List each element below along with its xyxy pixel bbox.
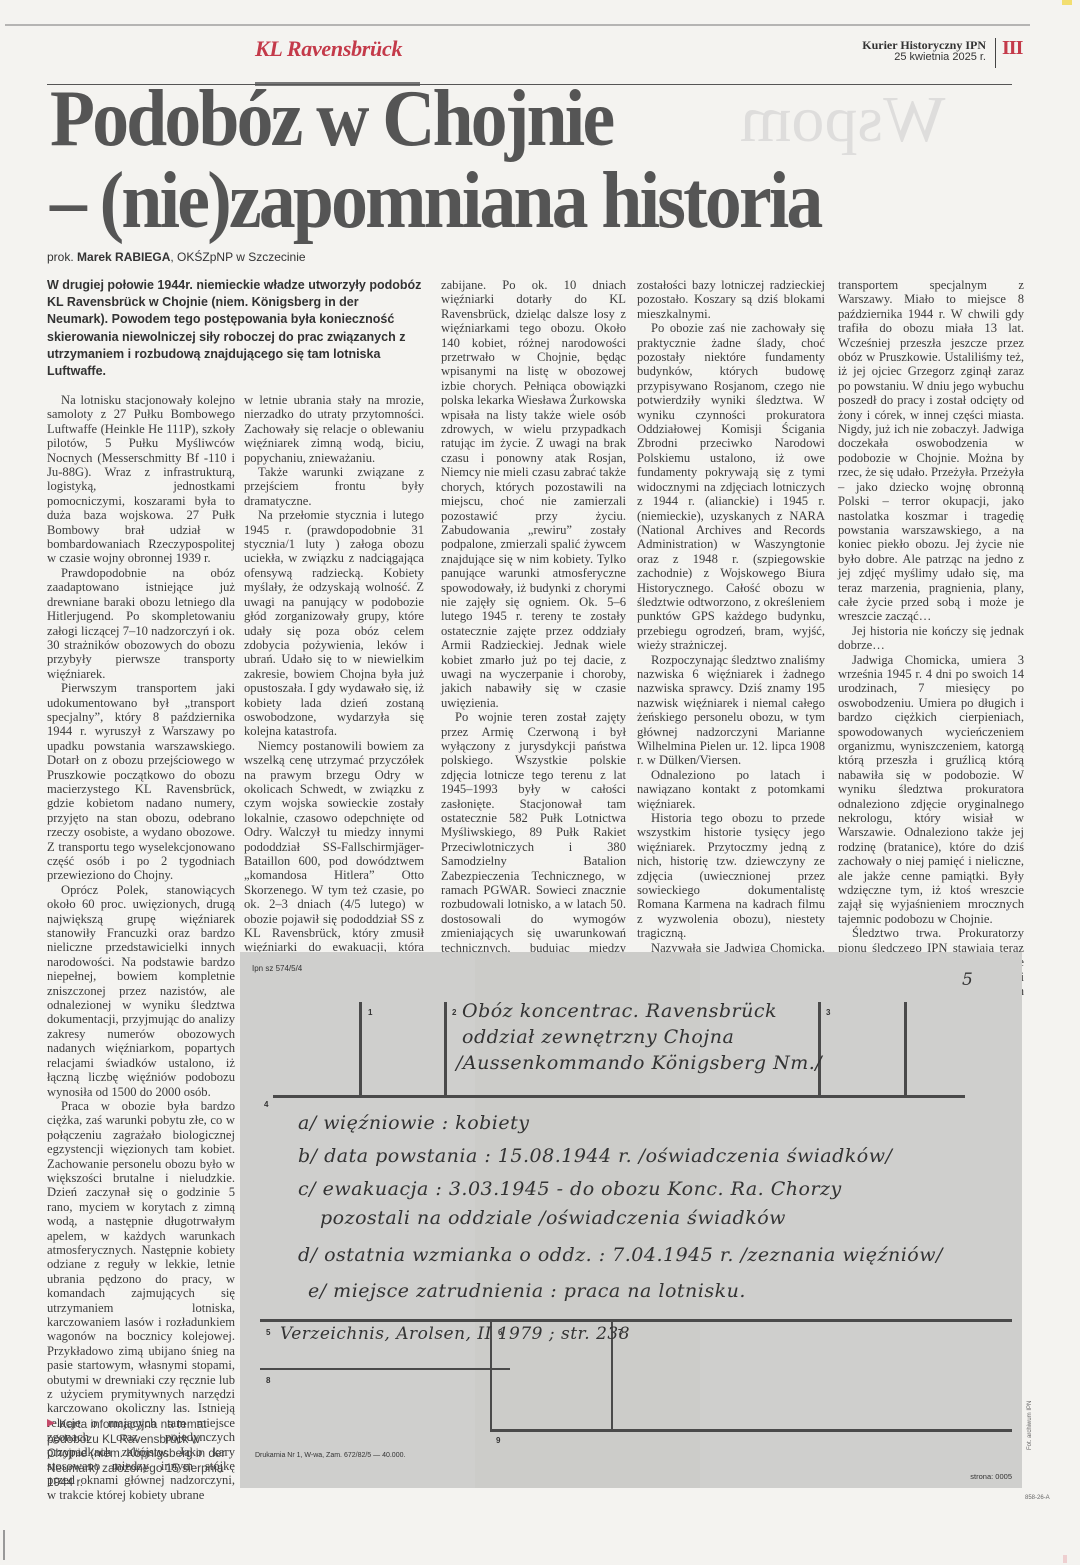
top-scan-rule xyxy=(5,24,1030,26)
handwritten-line-c: c/ ewakuacja : 3.03.1945 - do obozu Konc… xyxy=(298,1178,842,1200)
section-tag: KL Ravensbrück xyxy=(255,36,402,62)
field-divider xyxy=(818,1002,821,1097)
caption-text: Karta informacyjna na temat podobozu KL … xyxy=(47,1417,225,1489)
paragraph: Jadwiga Chomicka, umiera 3 września 1945… xyxy=(838,653,1024,927)
paragraph: Historia tego obozu to przede wszystkim … xyxy=(637,811,825,941)
paragraph: Oprócz Polek, stanowiących około 60 proc… xyxy=(47,883,235,1099)
scan-edge-mark xyxy=(3,1530,5,1560)
paragraph: Pierwszym transportem jaki udokumentowan… xyxy=(47,681,235,883)
handwritten-line-d: d/ ostatnia wzmianka o oddz. : 7.04.1945… xyxy=(298,1244,943,1266)
archival-index-card: Ipn sz 574/5/4 5 1 2 3 4 Obóz koncentrac… xyxy=(240,952,1022,1488)
paragraph: zostałości bazy lotniczej radzieckiej po… xyxy=(637,278,825,321)
field-divider xyxy=(904,1002,907,1097)
publication-info: Kurier Historyczny IPN 25 kwietnia 2025 … xyxy=(862,39,986,63)
paragraph: Prawdopodobnie na obóz zaadaptowano istn… xyxy=(47,566,235,681)
field-rule xyxy=(260,1319,1012,1322)
paragraph: transportem specjalnym z Warszawy. Miało… xyxy=(838,278,1024,624)
byline-prefix: prok. xyxy=(47,250,74,264)
publication-date: 25 kwietnia 2025 r. xyxy=(862,51,986,63)
caption-arrow-icon xyxy=(47,1419,55,1427)
paragraph: Na lotnisku stacjonowały kolejno samolot… xyxy=(47,393,235,566)
figure-caption: Karta informacyjna na temat podobozu KL … xyxy=(47,1417,227,1490)
field-number: 1 xyxy=(368,1008,372,1017)
field-divider xyxy=(444,1002,447,1097)
photo-credit: Fot. archiwum IPN xyxy=(1027,1401,1033,1450)
card-reference: Ipn sz 574/5/4 xyxy=(252,964,302,973)
paragraph: Jej historia nie kończy się jednak dobrz… xyxy=(838,624,1024,653)
field-number: 5 xyxy=(266,1328,270,1337)
archive-code: 858-26-A xyxy=(1025,1495,1050,1501)
handwritten-line-c2: pozostali na oddziale /oświadczenia świa… xyxy=(320,1207,786,1229)
field-number: 4 xyxy=(264,1100,268,1109)
paragraph: zabijane. Po ok. 10 dniach więźniarki do… xyxy=(441,278,626,710)
paragraph: Po obozie zaś nie zachowały się praktycz… xyxy=(637,321,825,652)
article-column-1: Na lotnisku stacjonowały kolejno samolot… xyxy=(47,393,235,1502)
paragraph: Rozpoczynając śledztwo znaliśmy nazwiska… xyxy=(637,653,825,768)
headline-line-1: Podobóz w Chojnie xyxy=(50,78,961,160)
article-headline: Podobóz w Chojnie – (nie)zapomniana hist… xyxy=(50,78,961,242)
corner-color-mark xyxy=(1062,0,1072,5)
handwritten-german-name: /Aussenkommando Königsberg Nm./ xyxy=(456,1052,822,1074)
field-rule xyxy=(260,1368,510,1370)
handwritten-source: Verzeichnis, Arolsen, II 1979 ; str. 238 xyxy=(280,1324,630,1344)
field-rule xyxy=(273,1095,965,1098)
field-divider xyxy=(359,1002,362,1097)
handwritten-line-e: e/ miejsce zatrudnienia : praca na lotni… xyxy=(308,1280,746,1302)
printer-line: Drukarnia Nr 1, W-wa, Zam. 672/82/5 — 40… xyxy=(255,1452,405,1459)
byline-affiliation: , OKŚZpNP w Szczecinie xyxy=(170,250,305,264)
header-divider xyxy=(995,38,996,68)
article-column-5: transportem specjalnym z Warszawy. Miało… xyxy=(838,278,1024,1013)
corner-mark: 5 xyxy=(962,970,973,990)
article-column-3: zabijane. Po ok. 10 dniach więźniarki do… xyxy=(441,278,626,1056)
page-label: strona: 0005 xyxy=(970,1472,1012,1481)
paragraph: Na przełomie stycznia i lutego 1945 r. (… xyxy=(244,508,424,739)
publication-name: Kurier Historyczny IPN xyxy=(862,39,986,51)
handwritten-line-a: a/ więźniowie : kobiety xyxy=(298,1112,529,1134)
paragraph: Odnaleziono po latach i nawiązano kontak… xyxy=(637,768,825,811)
field-rule xyxy=(490,1429,1012,1432)
field-number: 2 xyxy=(452,1008,456,1017)
field-number: 9 xyxy=(496,1436,500,1445)
handwritten-camp-name: Obóz koncentrac. Ravensbrück xyxy=(462,1000,777,1022)
headline-line-2: – (nie)zapomniana historia xyxy=(50,160,961,242)
article-column-4: zostałości bazy lotniczej radzieckiej po… xyxy=(637,278,825,1042)
handwritten-line-b: b/ data powstania : 15.08.1944 r. /oświa… xyxy=(298,1145,892,1167)
byline: prok. Marek RABIEGA, OKŚZpNP w Szczecini… xyxy=(47,250,306,264)
paragraph: Także warunki związane z przejściem fron… xyxy=(244,465,424,508)
field-number: 8 xyxy=(266,1376,270,1385)
field-number: 3 xyxy=(826,1008,830,1017)
article-lead: W drugiej połowie 1944r. niemieckie wład… xyxy=(47,277,422,380)
corner-color-mark xyxy=(1063,1555,1067,1563)
paragraph: w letnie ubrania stały na mrozie, nierza… xyxy=(244,393,424,465)
handwritten-subcamp: oddział zewnętrzny Chojna xyxy=(462,1026,734,1048)
byline-author: Marek RABIEGA xyxy=(77,250,170,264)
page-number: III xyxy=(1002,37,1022,60)
